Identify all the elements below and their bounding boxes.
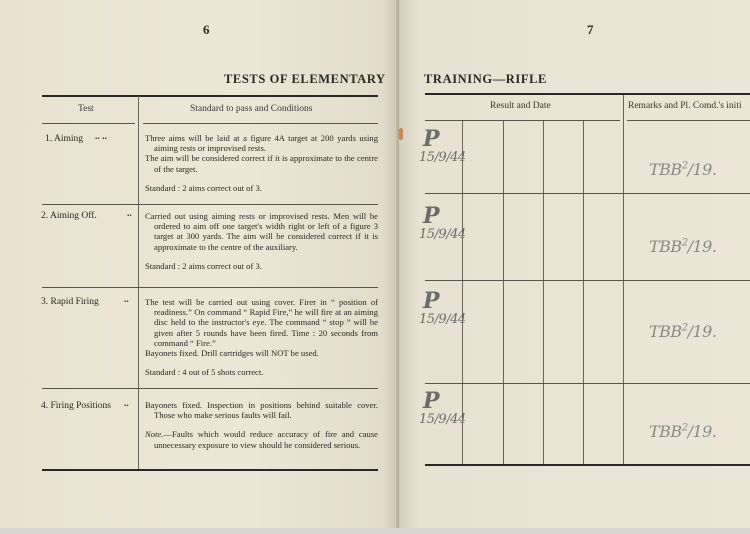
page-number: 7 — [587, 22, 594, 38]
header-rule — [627, 120, 750, 121]
result-pass: P — [419, 128, 466, 150]
test-conditions: Carried out using aiming rests or improv… — [145, 211, 378, 271]
leader-dots: .. — [124, 295, 129, 305]
test-standard: Standard : 2 aims correct out of 3. — [145, 261, 378, 271]
result-date: 15/9/44 — [419, 150, 466, 166]
result-entry: P 15/9/44 — [419, 290, 466, 328]
right-page: 7 TRAINING—RIFLE Result and Date Remarks… — [399, 0, 750, 528]
result-entry: P 15/9/44 — [419, 390, 466, 428]
header-test: Test — [78, 104, 94, 114]
result-entry: P 15/9/44 — [419, 205, 466, 243]
result-subcolumn — [503, 121, 504, 465]
header-rule — [143, 123, 378, 124]
row-rule — [425, 280, 750, 281]
result-entry: P 15/9/44 — [419, 128, 466, 166]
test-standard: Standard : 2 aims correct out of 3. — [145, 183, 378, 193]
table-top-rule — [42, 95, 378, 97]
test-name: 1. Aiming — [45, 134, 83, 144]
commander-initials: TBB2/19. — [649, 422, 716, 441]
test-conditions: Three aims will be laid at a figure 4A t… — [145, 133, 378, 193]
header-result: Result and Date — [490, 101, 551, 111]
page-number: 6 — [203, 22, 210, 38]
table-top-rule — [425, 93, 750, 95]
row-rule — [425, 193, 750, 194]
test-name: 2. Aiming Off. — [41, 211, 97, 221]
rust-stain — [399, 128, 403, 140]
commander-initials: TBB2/19. — [649, 160, 716, 179]
commander-initials: TBB2/19. — [649, 237, 716, 256]
result-date: 15/9/44 — [419, 412, 466, 428]
table-bottom-rule — [425, 464, 750, 466]
note-label: Note. — [145, 429, 163, 439]
row-rule — [42, 388, 378, 389]
leader-dots: .. — [127, 209, 132, 219]
result-pass: P — [419, 290, 466, 312]
row-rule — [425, 383, 750, 384]
page-title: TRAINING—RIFLE — [424, 72, 547, 87]
result-pass: P — [419, 390, 466, 412]
test-name: 4. Firing Positions — [41, 401, 111, 411]
leader-dots: .. .. — [95, 132, 107, 142]
test-name: 3. Rapid Firing — [41, 297, 99, 307]
page-title: TESTS OF ELEMENTARY — [224, 72, 386, 87]
result-pass: P — [419, 205, 466, 227]
commander-initials: TBB2/19. — [649, 322, 716, 341]
header-standard: Standard to pass and Conditions — [190, 104, 312, 114]
row-rule — [42, 204, 378, 205]
left-page: 6 TESTS OF ELEMENTARY Test Standard to p… — [0, 0, 398, 528]
table-bottom-rule — [42, 469, 378, 471]
note-text: —Faults which would reduce accuracy of f… — [154, 429, 378, 449]
header-remarks: Remarks and Pl. Comd.'s initi — [628, 101, 742, 111]
row-rule — [42, 287, 378, 288]
test-standard: Standard : 4 out of 5 shots correct. — [145, 367, 378, 377]
result-date: 15/9/44 — [419, 227, 466, 243]
result-subcolumn — [543, 121, 544, 465]
leader-dots: .. — [124, 399, 129, 409]
test-conditions: The test will be carried out using cover… — [145, 297, 378, 377]
header-rule — [425, 120, 620, 121]
result-subcolumn — [583, 121, 584, 465]
header-rule — [42, 123, 135, 124]
result-date: 15/9/44 — [419, 312, 466, 328]
test-conditions: Bayonets fixed. Inspection in positions … — [145, 400, 378, 450]
column-divider — [138, 96, 139, 470]
